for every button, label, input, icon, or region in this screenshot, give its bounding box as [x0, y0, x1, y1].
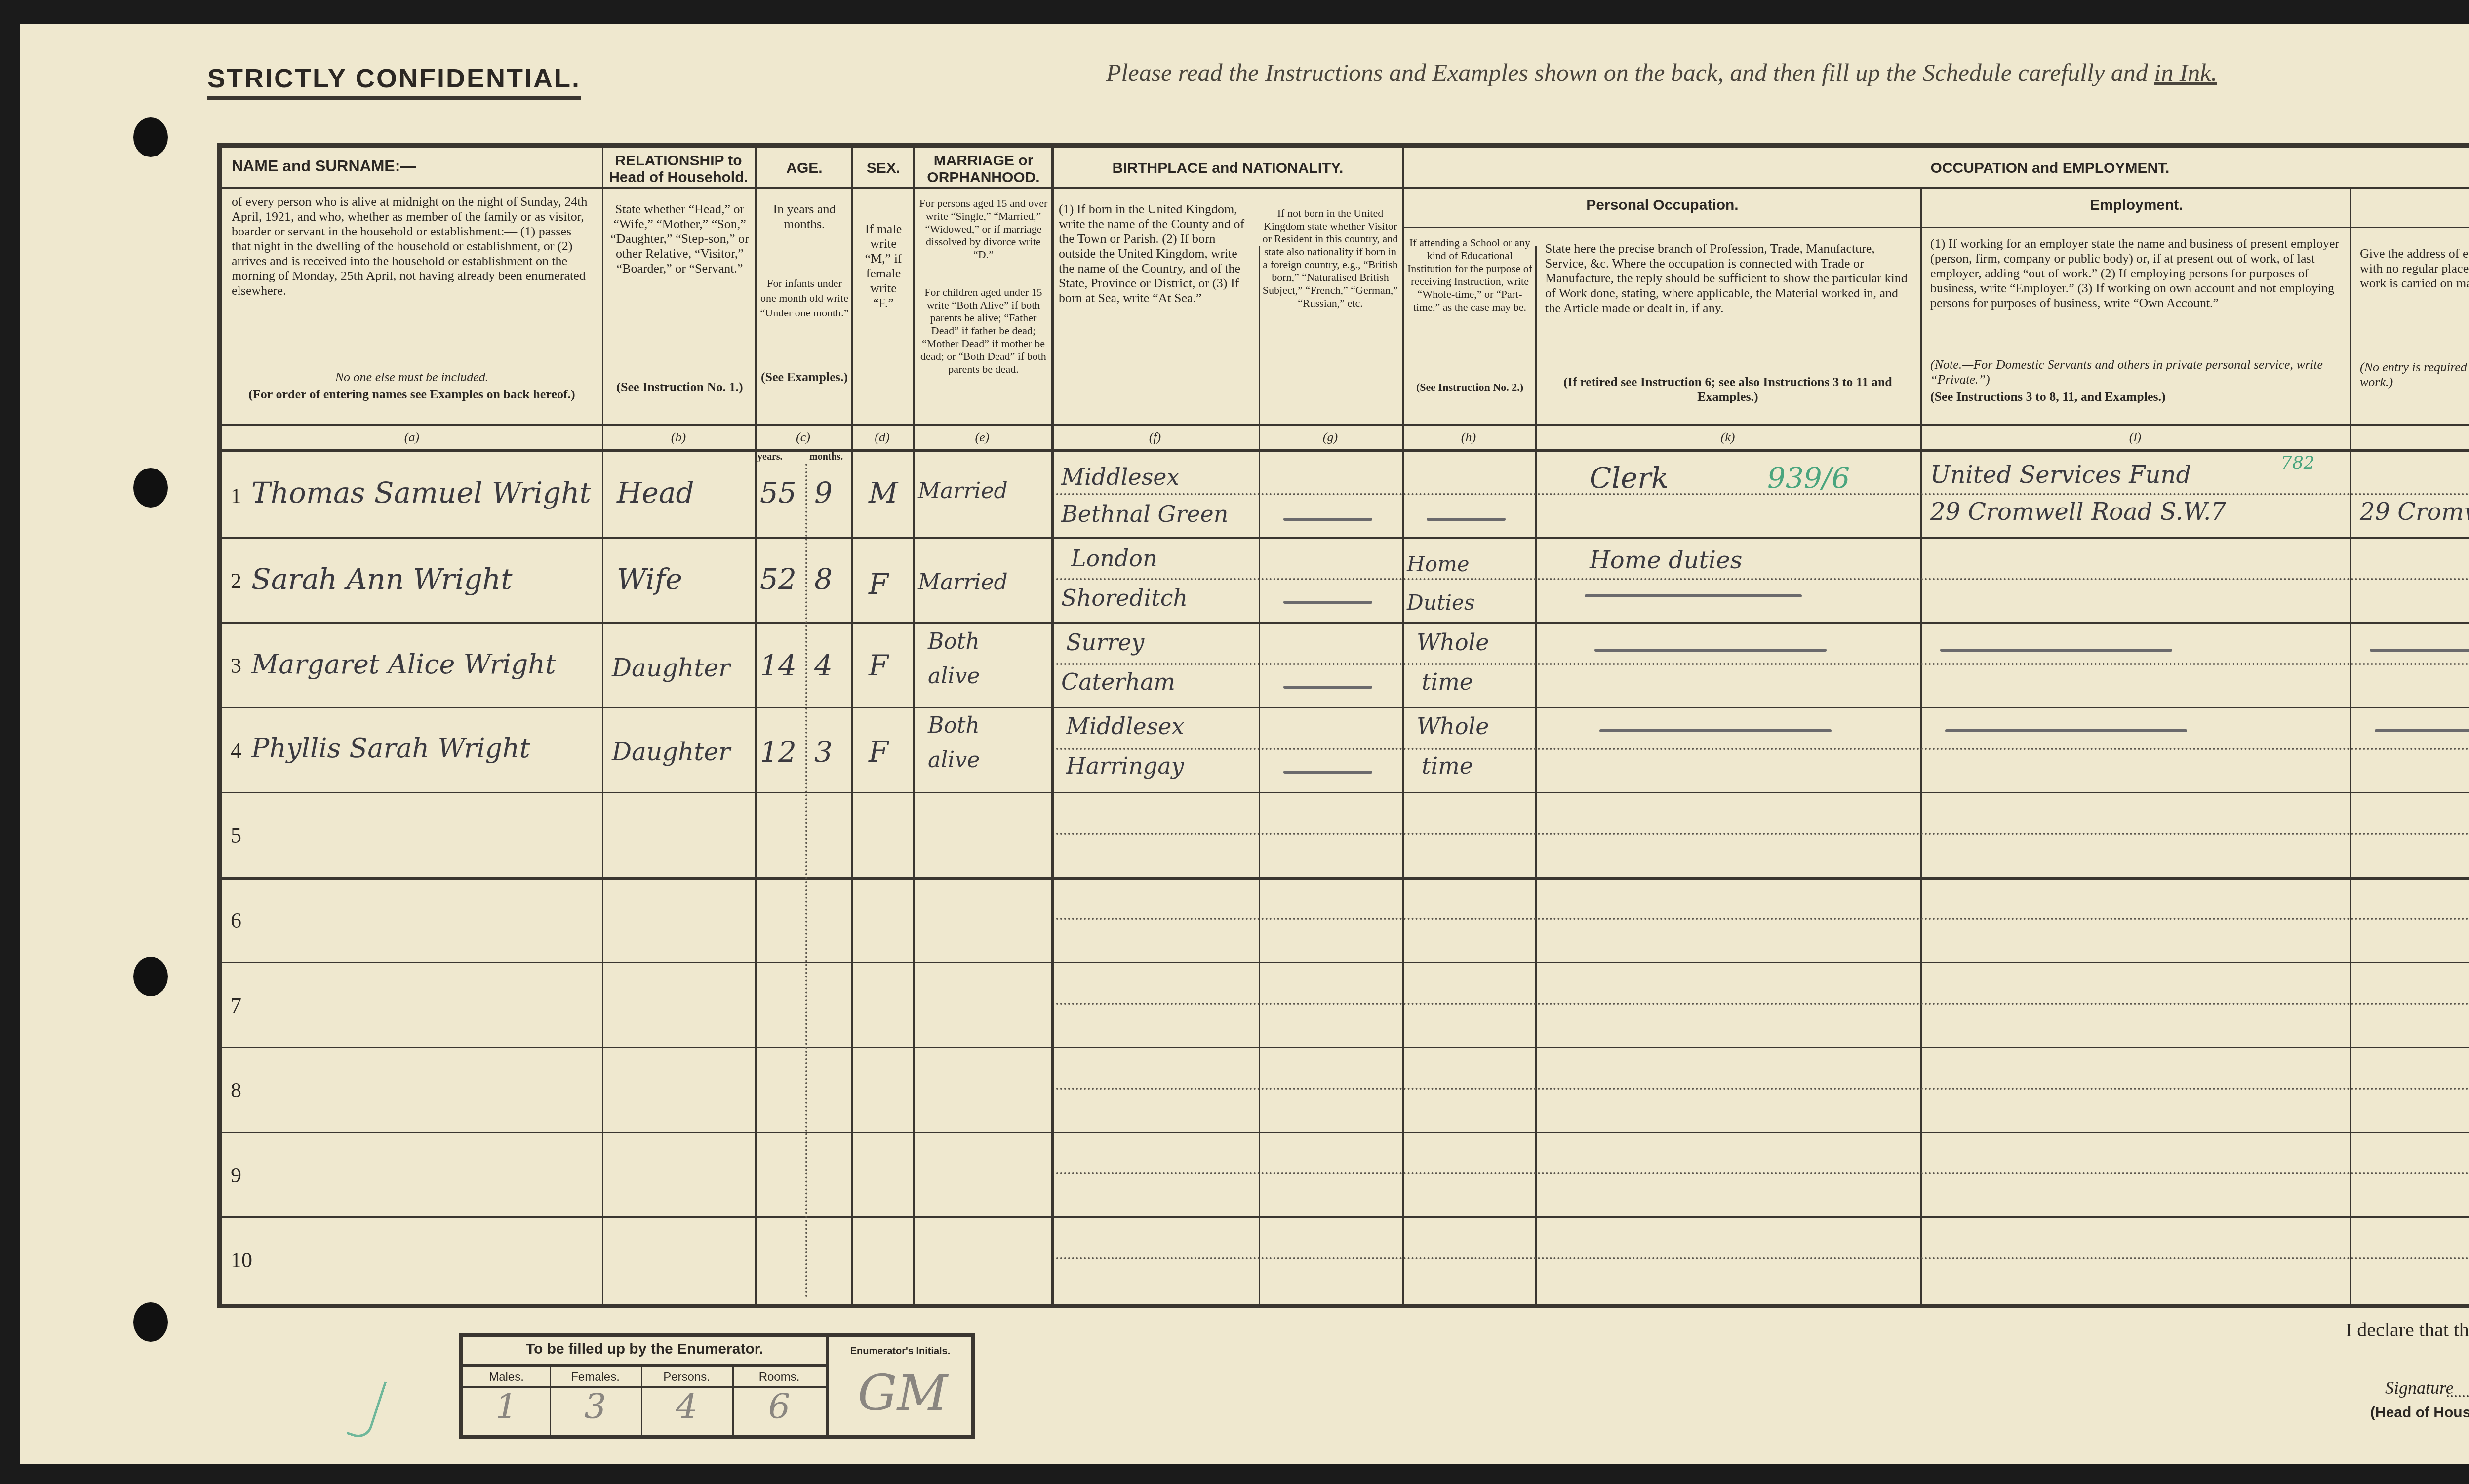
header-occupation-text: State here the precise branch of Profess…: [1545, 241, 1911, 315]
header-name-instructions: of every person who is alive at midnight…: [232, 195, 592, 298]
person-school-l2[interactable]: time: [1422, 668, 1473, 695]
person-school-l2[interactable]: time: [1422, 752, 1473, 779]
person-name[interactable]: Sarah Ann Wright: [251, 562, 513, 596]
person-name[interactable]: Margaret Alice Wright: [251, 649, 556, 680]
person-marriage-l2[interactable]: alive: [928, 664, 980, 689]
males-label: Males.: [463, 1370, 550, 1384]
person-sex[interactable]: F: [869, 567, 888, 601]
person-relationship[interactable]: Daughter: [612, 654, 730, 682]
punch-hole: [133, 117, 168, 157]
employer-code: 782: [2281, 453, 2315, 473]
person-relationship[interactable]: Wife: [617, 562, 682, 596]
person-marriage-l1[interactable]: Both: [928, 629, 980, 654]
employer-address[interactable]: 29 Cromwell Road S.W.7: [1930, 498, 2226, 526]
females-label: Females.: [550, 1370, 641, 1384]
person-birthplace-county[interactable]: Surrey: [1066, 629, 1144, 656]
column-letter-b: (b): [602, 430, 755, 445]
column-letter-c: (c): [755, 430, 851, 445]
row-number: 9: [231, 1163, 241, 1188]
header-name-order: (For order of entering names see Example…: [232, 387, 592, 402]
header-name-note: No one else must be included.: [232, 370, 592, 385]
person-name[interactable]: Phyllis Sarah Wright: [251, 733, 530, 764]
punch-hole: [133, 957, 168, 996]
person-marriage-l1[interactable]: Both: [928, 713, 980, 738]
punch-hole: [133, 468, 168, 508]
header-occupation-note: (If retired see Instruction 6; see also …: [1545, 375, 1911, 404]
person-birthplace-town[interactable]: Harringay: [1066, 752, 1184, 779]
person-occupation[interactable]: Home duties: [1590, 547, 1742, 574]
person-school-l1[interactable]: Whole: [1417, 713, 1489, 740]
rooms-label: Rooms.: [732, 1370, 826, 1384]
strictly-confidential-title: STRICTLY CONFIDENTIAL.: [207, 63, 581, 100]
column-letter-l: (l): [1920, 430, 2350, 445]
header-sex-text: If male write “M,” if female write “F.”: [859, 222, 908, 311]
person-employer[interactable]: United Services Fund: [1930, 461, 2191, 489]
column-letter-a: (a): [222, 430, 602, 445]
row-number: 6: [231, 908, 241, 933]
header-employment-note: (Note.—For Domestic Servants and others …: [1930, 357, 2345, 387]
header-relationship-text: State whether “Head,” or “Wife,” “Mother…: [607, 202, 753, 276]
person-relationship[interactable]: Head: [617, 476, 694, 509]
header-marriage-children: For children aged under 15 write “Both A…: [918, 286, 1049, 376]
header-place-of-work: Place of Work.: [2352, 197, 2469, 214]
persons-label: Persons.: [641, 1370, 732, 1384]
header-employment-see: (See Instructions 3 to 8, 11, and Exampl…: [1930, 390, 2345, 404]
person-birthplace-town[interactable]: Bethnal Green: [1061, 501, 1228, 527]
column-letter-g: (g): [1259, 430, 1402, 445]
column-letter-e: (e): [913, 430, 1051, 445]
person-school[interactable]: Home Duties: [1407, 545, 1530, 622]
header-place-text: Give the address of each person's place …: [2360, 246, 2469, 291]
row-number: 2: [231, 568, 241, 593]
person-age-years[interactable]: 52: [760, 562, 796, 596]
column-letter-d: (d): [851, 430, 913, 445]
person-birthplace-town[interactable]: Shoreditch: [1061, 585, 1188, 611]
header-birthplace-group: BIRTHPLACE and NATIONALITY.: [1054, 160, 1402, 177]
enumerator-initials-label: Enumerator's Initials.: [831, 1346, 969, 1357]
census-table: NAME and SURNAME:— of every person who i…: [217, 143, 2469, 1308]
header-place-note: (No entry is required for any person who…: [2360, 360, 2469, 390]
person-marriage[interactable]: Married: [918, 478, 1008, 504]
person-age-months[interactable]: 4: [814, 649, 833, 682]
person-marriage[interactable]: Married: [918, 570, 1008, 595]
person-birthplace-town[interactable]: Caterham: [1061, 668, 1175, 695]
person-marriage-l2[interactable]: alive: [928, 747, 980, 773]
header-school-note: (See Instruction No. 2.): [1407, 380, 1533, 394]
person-birthplace-county[interactable]: Middlesex: [1066, 713, 1184, 740]
signature-label: Signature: [2385, 1377, 2454, 1398]
person-age-months[interactable]: 9: [814, 476, 833, 509]
enumerator-summary-title: To be filled up by the Enumerator.: [463, 1341, 826, 1358]
in-ink-text: in Ink.: [2154, 59, 2217, 86]
column-letter-k: (k): [1535, 430, 1920, 445]
row-number: 7: [231, 993, 241, 1018]
person-occupation[interactable]: Clerk: [1590, 461, 1669, 495]
row-number: 8: [231, 1078, 241, 1103]
punch-hole: [133, 1302, 168, 1342]
header-age-note: (See Examples.): [760, 370, 849, 385]
person-sex[interactable]: F: [869, 649, 888, 682]
females-count[interactable]: 3: [550, 1386, 641, 1427]
person-relationship[interactable]: Daughter: [612, 738, 730, 766]
rooms-count[interactable]: 6: [732, 1386, 826, 1427]
header-occupation-group: OCCUPATION and EMPLOYMENT.: [1404, 160, 2469, 177]
person-birthplace-county[interactable]: London: [1071, 545, 1157, 572]
row-number: 4: [231, 738, 241, 763]
header-relationship-note: (See Instruction No. 1.): [607, 380, 753, 394]
row-number: 10: [231, 1248, 252, 1273]
place-of-work[interactable]: 29 Cromwell Road S.W.7: [2360, 498, 2469, 526]
signature-line: [2447, 1395, 2469, 1397]
header-age-infant: For infants under one month old write “U…: [760, 276, 849, 320]
enumerator-summary-box: To be filled up by the Enumerator. Males…: [459, 1333, 975, 1439]
header-sex: SEX.: [854, 160, 913, 177]
column-letter-f: (f): [1051, 430, 1259, 445]
instructions-text: Please read the Instructions and Example…: [1106, 59, 2154, 86]
person-age-years[interactable]: 12: [760, 735, 796, 769]
instructions-banner: Please read the Instructions and Example…: [1106, 58, 2217, 87]
person-birthplace-county[interactable]: Middlesex: [1061, 464, 1179, 490]
age-years-label: years.: [757, 451, 783, 463]
persons-count[interactable]: 4: [641, 1386, 732, 1427]
person-sex[interactable]: M: [869, 476, 898, 509]
header-age: AGE.: [757, 160, 851, 177]
header-school-text: If attending a School or any kind of Edu…: [1407, 236, 1533, 313]
signature-note: (Head of Household, Manager of Establish…: [2370, 1405, 2469, 1421]
header-name-surname: NAME and SURNAME:—: [232, 157, 597, 174]
occupation-code: 939/6: [1767, 461, 1850, 495]
column-letter-m: (m): [2350, 430, 2469, 445]
header-personal-occupation: Personal Occupation.: [1404, 197, 1920, 214]
age-months-label: months.: [809, 451, 843, 463]
person-age-years[interactable]: 55: [760, 476, 796, 509]
header-relationship: RELATIONSHIP to Head of Household.: [604, 153, 753, 186]
column-letter-h: (h): [1402, 430, 1535, 445]
row-number: 5: [231, 823, 241, 848]
person-age-months[interactable]: 3: [814, 735, 833, 769]
header-marriage-text: For persons aged 15 and over write “Sing…: [918, 197, 1049, 261]
person-sex[interactable]: F: [869, 735, 888, 769]
row-number: 3: [231, 653, 241, 678]
header-employment: Employment.: [1923, 197, 2350, 214]
header-employment-text: (1) If working for an employer state the…: [1930, 236, 2345, 311]
person-age-months[interactable]: 8: [814, 562, 833, 596]
row-number: 1: [231, 483, 241, 508]
males-count[interactable]: 1: [463, 1386, 550, 1427]
header-birthplace-text: (1) If born in the United Kingdom, write…: [1059, 202, 1254, 306]
enumerator-initials[interactable]: GM: [838, 1364, 967, 1422]
header-age-text: In years and months.: [760, 202, 849, 232]
person-name[interactable]: Thomas Samuel Wright: [251, 476, 591, 509]
person-age-years[interactable]: 14: [760, 649, 796, 682]
header-nationality-text: If not born in the United Kingdom state …: [1261, 207, 1399, 310]
declaration-text: I declare that this Schedule is correctl…: [2346, 1318, 2469, 1341]
person-school-l1[interactable]: Whole: [1417, 629, 1489, 656]
header-marriage: MARRIAGE or ORPHANHOOD.: [916, 153, 1051, 186]
